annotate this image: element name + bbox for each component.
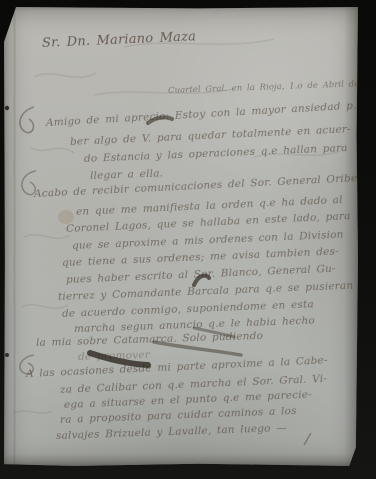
ink-flourish	[20, 107, 34, 133]
handwritten-line: salvajes Brizuela y Lavalle, tan luego —	[56, 422, 287, 442]
handwritten-line: llegar a ella.	[90, 167, 164, 182]
fold-crease	[13, 7, 16, 466]
recipient-line: Sr. Dn. Mariano Maza	[42, 29, 197, 51]
handwritten-line: la mia sobre Catamarca. Solo pudiendo	[36, 330, 263, 349]
handwritten-line: de promover	[78, 349, 150, 363]
letter-page: Sr. Dn. Mariano Maza Cuartel Gral. en la…	[4, 7, 358, 466]
ink-tick	[304, 433, 311, 445]
paper-edge-shadow-right	[344, 7, 358, 466]
ink-speck	[5, 353, 9, 357]
ink-speck	[5, 106, 9, 110]
